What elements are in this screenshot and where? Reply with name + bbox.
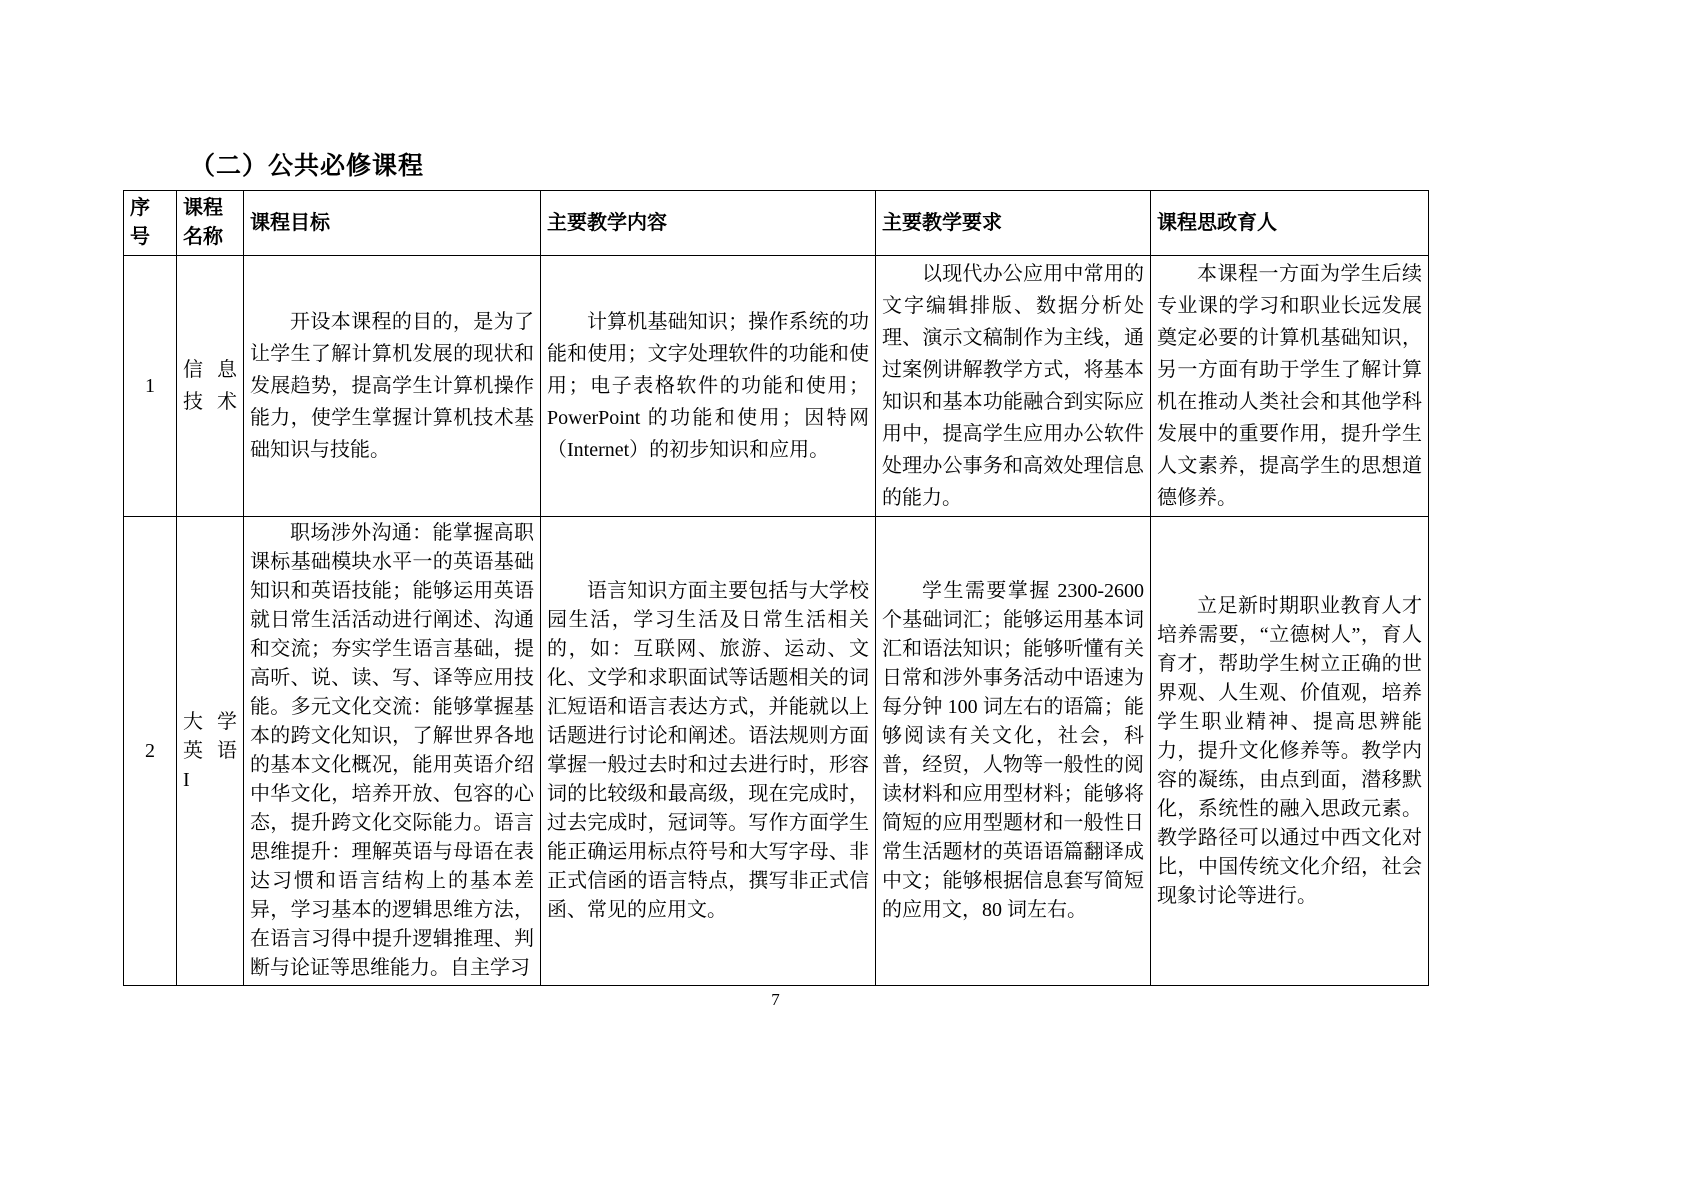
page-number: 7 [123,990,1428,1010]
table-row: 1 信 息 技 术 开设本课程的目的，是为了让学生了解计算机发展的现状和发展趋势… [124,256,1429,517]
table-header-row: 序 号 课程 名称 课程目标 主要教学内容 主要教学要求 课程思政育人 [124,191,1429,256]
course-name-cell: 信 息 技 术 [177,256,244,517]
header-ideology-education: 课程思政育人 [1151,191,1429,256]
header-teaching-requirements: 主要教学要求 [876,191,1151,256]
header-course-objectives: 课程目标 [244,191,541,256]
course-table: 序 号 课程 名称 课程目标 主要教学内容 主要教学要求 课程思政育人 1 信 … [123,190,1429,986]
header-course-name: 课程 名称 [177,191,244,256]
course-objectives-cell: 职场涉外沟通：能掌握高职课标基础模块水平一的英语基础知识和英语技能；能够运用英语… [244,517,541,986]
serial-number-cell: 1 [124,256,177,517]
table-row: 2 大 学 英 语 I 职场涉外沟通：能掌握高职课标基础模块水平一的英语基础知识… [124,517,1429,986]
teaching-content-cell: 语言知识方面主要包括与大学校园生活，学习生活及日常生活相关的，如：互联网、旅游、… [541,517,876,986]
teaching-requirements-cell: 以现代办公应用中常用的文字编辑排版、数据分析处理、演示文稿制作为主线，通过案例讲… [876,256,1151,517]
course-name-cell: 大 学 英 语 I [177,517,244,986]
teaching-requirements-cell: 学生需要掌握 2300-2600 个基础词汇；能够运用基本词汇和语法知识；能够听… [876,517,1151,986]
section-title: （二）公共必修课程 [190,146,424,182]
serial-number-cell: 2 [124,517,177,986]
ideology-education-cell: 立足新时期职业教育人才培养需要，“立德树人”，育人育才，帮助学生树立正确的世界观… [1151,517,1429,986]
teaching-content-cell: 计算机基础知识；操作系统的功能和使用；文字处理软件的功能和使用；电子表格软件的功… [541,256,876,517]
course-objectives-cell: 开设本课程的目的，是为了让学生了解计算机发展的现状和发展趋势，提高学生计算机操作… [244,256,541,517]
header-serial-number: 序 号 [124,191,177,256]
ideology-education-cell: 本课程一方面为学生后续专业课的学习和职业长远发展奠定必要的计算机基础知识，另一方… [1151,256,1429,517]
header-teaching-content: 主要教学内容 [541,191,876,256]
